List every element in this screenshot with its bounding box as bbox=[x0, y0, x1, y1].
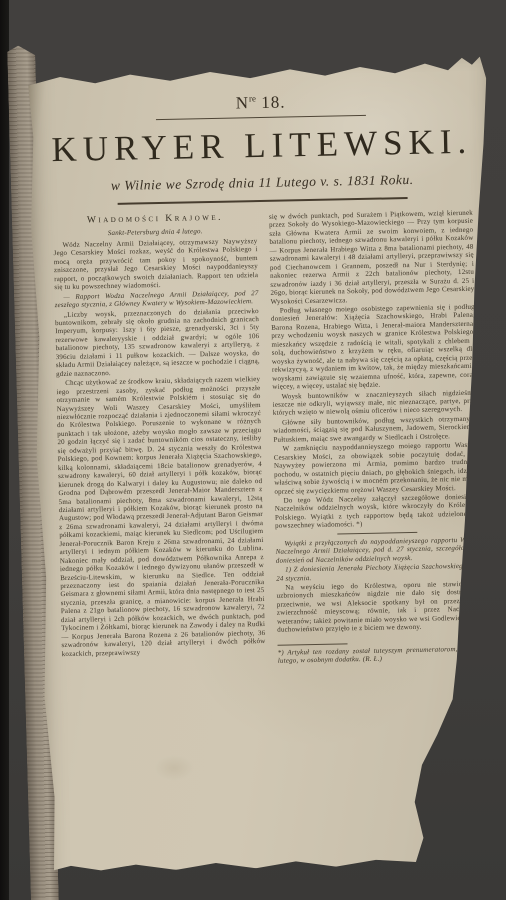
article-paragraph: „Liczby woysk, przeznaczonych do działan… bbox=[55, 307, 260, 379]
article-paragraph: Wódz Naczelny Armii Działaiącey, otrzyma… bbox=[53, 237, 258, 292]
left-column: Wiadomości Krajowe. Sankt-Petersburg dni… bbox=[53, 213, 266, 670]
footnote-text: *) Artykuł ten rozdany został tuteyszym … bbox=[278, 644, 482, 665]
footnote: *) Artykuł ten rozdany został tuteyszym … bbox=[278, 640, 482, 665]
article-paragraph: Na weyściu iego do Królestwa, oporu nie … bbox=[276, 580, 481, 635]
right-column: się w dwóch punktach, pod Surażem i Piąt… bbox=[269, 209, 482, 666]
article-paragraph: Chcąc użytkować ze środkow kraiu, składa… bbox=[56, 375, 266, 658]
article-paragraph: W zamknięciu naypoddannieyszego moiego r… bbox=[274, 441, 479, 496]
article-paragraph: Do tego Wódz Naczelny załączył szczegóło… bbox=[275, 493, 480, 531]
scanned-newspaper-page: Nre 18. KURYER LITEWSKI. w Wilnie we Szr… bbox=[20, 48, 506, 889]
article-paragraph: Wyiątki z przyłączonych do naypoddanieys… bbox=[275, 535, 479, 564]
section-heading: Wiadomości Krajowe. bbox=[53, 213, 257, 226]
issue-prefix: N bbox=[236, 93, 250, 112]
page-content: Nre 18. KURYER LITEWSKI. w Wilnie we Szr… bbox=[20, 48, 502, 670]
issue-superscript: re bbox=[249, 93, 256, 103]
masthead-rule-top bbox=[156, 115, 366, 120]
paper-stain bbox=[154, 754, 195, 781]
article-paragraph: Główne siły buntowników, podług wszystki… bbox=[273, 415, 477, 444]
article-columns: Wiadomości Krajowe. Sankt-Petersburg dni… bbox=[53, 209, 482, 670]
issue-number: Nre 18. bbox=[50, 89, 470, 117]
article-paragraph: się w dwóch punktach, pod Surażem i Piąt… bbox=[269, 209, 475, 306]
article-paragraph: Woysk buntowników w znacznieyszych siłac… bbox=[272, 388, 476, 417]
article-paragraph: Podług własnego moiego osobistego zapewn… bbox=[271, 303, 477, 392]
scan-edge-strip bbox=[0, 0, 9, 900]
footnote-rule bbox=[278, 643, 348, 645]
newspaper-title: KURYER LITEWSKI. bbox=[51, 122, 472, 170]
section-divider-rule bbox=[337, 532, 417, 535]
dateline: w Wilnie we Szrodę dnia 11 Lutego v. s. … bbox=[52, 171, 472, 195]
scan-viewport: Nre 18. KURYER LITEWSKI. w Wilnie we Szr… bbox=[0, 0, 506, 900]
issue-value: 18. bbox=[261, 92, 286, 111]
masthead-rule-bottom bbox=[118, 197, 408, 205]
